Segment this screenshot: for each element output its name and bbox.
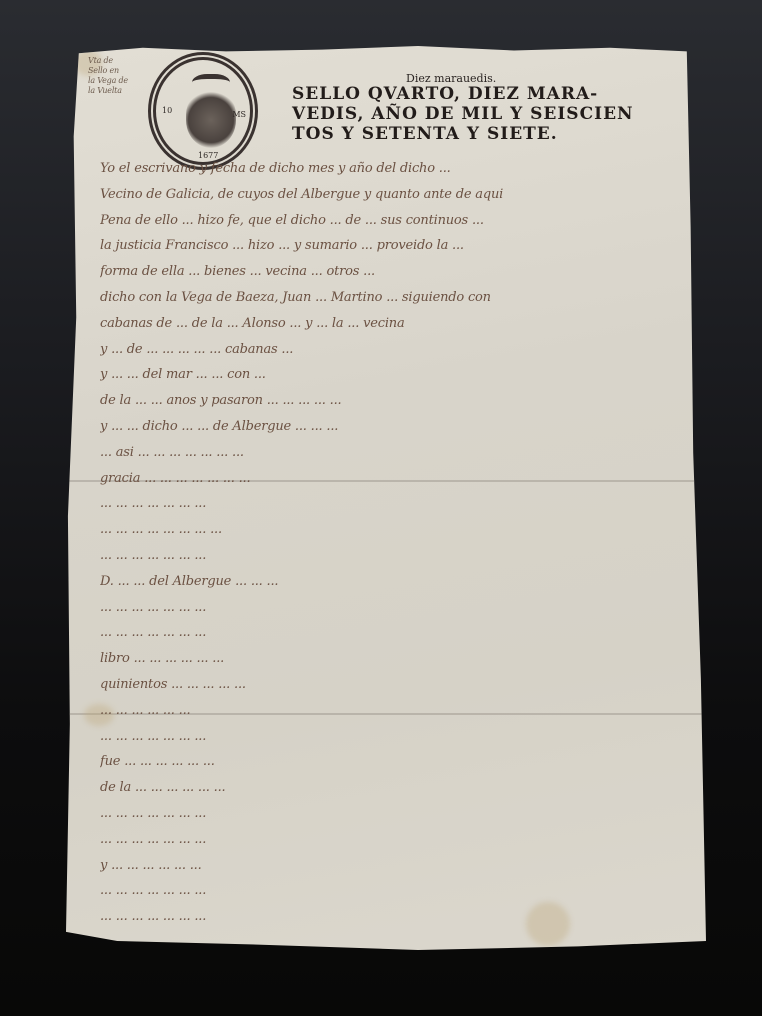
margin-note: Vta de Sello en la Vega de la Vuelta — [88, 56, 148, 96]
handwritten-line: ... ... ... ... ... ... ... — [100, 491, 690, 517]
handwritten-line: y ... ... dicho ... ... de Albergue ... … — [100, 414, 690, 440]
handwritten-line: Yo el escrivano y fecha de dicho mes y a… — [100, 156, 690, 182]
handwritten-line: quinientos ... ... ... ... ... — [100, 672, 690, 698]
margin-note-line: la Vega de — [88, 76, 148, 86]
handwritten-line: Pena de ello ... hizo fe, que el dicho .… — [100, 208, 690, 234]
handwritten-line: forma de ella ... bienes ... vecina ... … — [100, 259, 690, 285]
handwritten-line: de la ... ... anos y pasaron ... ... ...… — [100, 388, 690, 414]
handwritten-line: Vecino de Galicia, de cuyos del Albergue… — [100, 182, 690, 208]
handwritten-line: libro ... ... ... ... ... ... — [100, 646, 690, 672]
coat-of-arms-icon — [186, 92, 236, 148]
handwritten-line: ... ... ... ... ... ... ... ... — [100, 517, 690, 543]
handwritten-line: y ... de ... ... ... ... ... cabanas ... — [100, 337, 690, 363]
stamp-heading: SELLO QVARTO, DIEZ MARA- VEDIS, AÑO DE M… — [292, 84, 692, 144]
margin-note-line: Sello en — [88, 66, 148, 76]
stamp-heading-line: VEDIS, AÑO DE MIL Y SEISCIEN — [292, 104, 692, 124]
handwritten-line: gracia ... ... ... ... ... ... ... — [100, 466, 690, 492]
handwritten-line: ... ... ... ... ... ... — [100, 698, 690, 724]
handwritten-line: ... ... ... ... ... ... ... — [100, 543, 690, 569]
handwritten-line: ... ... ... ... ... ... ... — [100, 878, 690, 904]
handwritten-line: ... ... ... ... ... ... ... — [100, 724, 690, 750]
handwritten-line: y ... ... del mar ... ... con ... — [100, 362, 690, 388]
seal-right-label: MS — [232, 110, 246, 119]
stamp-heading-line: SELLO QVARTO, DIEZ MARA- — [292, 84, 692, 104]
handwritten-line: ... ... ... ... ... ... ... — [100, 904, 690, 930]
margin-note-line: la Vuelta — [88, 86, 148, 96]
handwritten-line: cabanas de ... de la ... Alonso ... y ..… — [100, 311, 690, 337]
handwritten-line: ... ... ... ... ... ... ... — [100, 801, 690, 827]
stamp-heading-line: TOS Y SETENTA Y SIETE. — [292, 124, 692, 144]
handwritten-line: dicho con la Vega de Baeza, Juan ... Mar… — [100, 285, 690, 311]
seal-left-label: 10 — [162, 106, 172, 115]
handwritten-line: de la ... ... ... ... ... ... — [100, 775, 690, 801]
royal-seal-icon: 10 MS 1677 — [148, 52, 258, 170]
document-page: Vta de Sello en la Vega de la Vuelta 10 … — [66, 46, 706, 950]
handwritten-line: ... ... ... ... ... ... ... — [100, 620, 690, 646]
handwritten-line: fue ... ... ... ... ... ... — [100, 749, 690, 775]
handwritten-line: y ... ... ... ... ... ... — [100, 853, 690, 879]
handwritten-line: ... asi ... ... ... ... ... ... ... — [100, 440, 690, 466]
handwritten-body: Yo el escrivano y fecha de dicho mes y a… — [100, 156, 690, 930]
handwritten-line: D. ... ... del Albergue ... ... ... — [100, 569, 690, 595]
handwritten-line: ... ... ... ... ... ... ... — [100, 595, 690, 621]
handwritten-line: ... ... ... ... ... ... ... — [100, 827, 690, 853]
handwritten-line: la justicia Francisco ... hizo ... y sum… — [100, 233, 690, 259]
margin-note-line: Vta de — [88, 56, 148, 66]
